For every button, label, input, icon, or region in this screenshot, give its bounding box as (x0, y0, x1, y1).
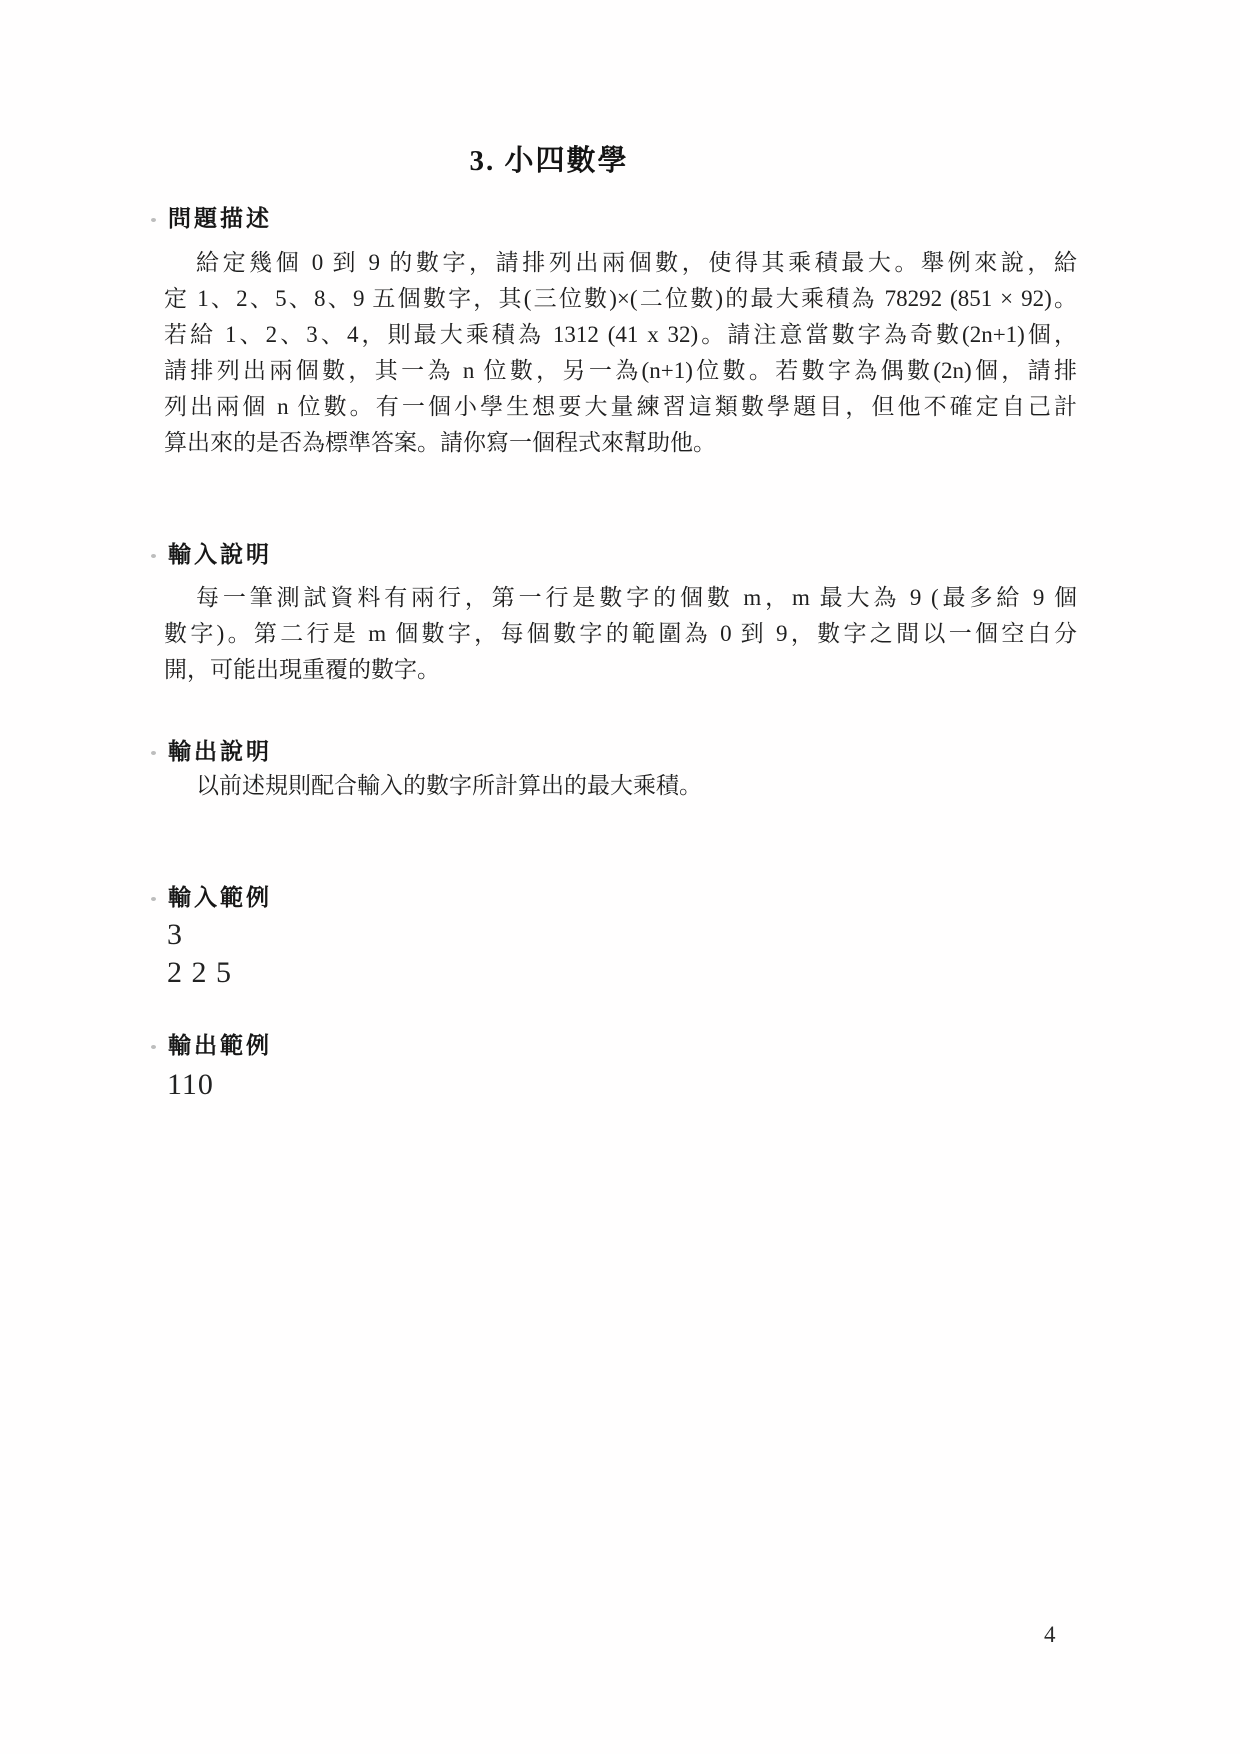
section-heading-input-description: 輸入說明 (168, 540, 272, 570)
paragraph-line: 給定幾個 0 到 9 的數字，請排列出兩個數，使得其乘積最大。舉例來說，給 (164, 245, 1077, 281)
paragraph-line: 若給 1、2、3、4，則最大乘積為 1312 (41 x 32)。請注意當數字為… (164, 317, 1077, 353)
page-number: 4 (1044, 1622, 1056, 1648)
sample-input-block: 3 2 2 5 (167, 916, 232, 992)
section-heading-output-description: 輸出說明 (168, 737, 272, 767)
section-heading-sample-input: 輸入範例 (168, 883, 272, 913)
problem-description-paragraph: 給定幾個 0 到 9 的數字，請排列出兩個數，使得其乘積最大。舉例來說，給 定 … (164, 245, 1077, 461)
paragraph-line: 定 1、2、5、8、9 五個數字，其(三位數)×(二位數)的最大乘積為 7829… (164, 281, 1077, 317)
sample-output-line: 110 (167, 1066, 214, 1104)
sample-input-line: 3 (167, 916, 232, 954)
paragraph-line: 開，可能出現重覆的數字。 (164, 652, 1077, 688)
document-page: 3. 小四數學 問題描述 給定幾個 0 到 9 的數字，請排列出兩個數，使得其乘… (0, 0, 1240, 1754)
paragraph-line: 以前述規則配合輸入的數字所計算出的最大乘積。 (164, 768, 1077, 804)
paragraph-line: 列出兩個 n 位數。有一個小學生想要大量練習這類數學題目，但他不確定自己計 (164, 389, 1077, 425)
sample-input-line: 2 2 5 (167, 954, 232, 992)
output-description-paragraph: 以前述規則配合輸入的數字所計算出的最大乘積。 (164, 768, 1077, 804)
paragraph-line: 數字)。第二行是 m 個數字，每個數字的範圍為 0 到 9，數字之間以一個空白分 (164, 616, 1077, 652)
section-heading-sample-output: 輸出範例 (168, 1031, 272, 1061)
paragraph-line: 每一筆測試資料有兩行，第一行是數字的個數 m，m 最大為 9 (最多給 9 個 (164, 580, 1077, 616)
section-heading-problem-description: 問題描述 (168, 204, 272, 234)
input-description-paragraph: 每一筆測試資料有兩行，第一行是數字的個數 m，m 最大為 9 (最多給 9 個 … (164, 580, 1077, 688)
sample-output-block: 110 (167, 1066, 214, 1104)
paragraph-line: 算出來的是否為標準答案。請你寫一個程式來幫助他。 (164, 425, 1077, 461)
paragraph-line: 請排列出兩個數，其一為 n 位數，另一為(n+1)位數。若數字為偶數(2n)個，… (164, 353, 1077, 389)
page-title: 3. 小四數學 (163, 138, 935, 179)
